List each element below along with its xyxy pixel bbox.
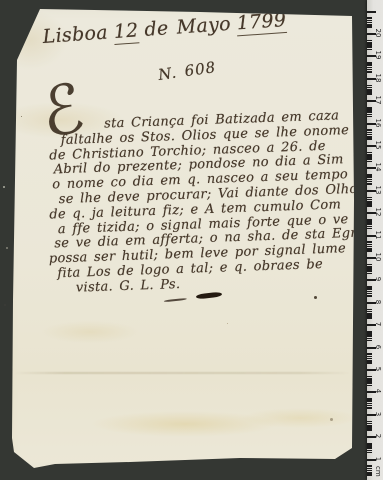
ruler-number-label: 12 xyxy=(373,207,383,217)
ruler-mm-tick xyxy=(367,407,372,409)
ruler-mm-tick xyxy=(367,49,372,51)
ruler-mm-tick xyxy=(367,116,372,118)
ruler-mm-tick xyxy=(367,429,372,431)
ink-spots xyxy=(314,296,317,299)
paper-fold-line xyxy=(14,372,351,374)
ruler-number-label: 15 xyxy=(373,140,383,150)
ruler-number-label: 8 xyxy=(373,297,383,307)
date-line: Lisboa12de Mayo1799 xyxy=(42,9,293,50)
ruler-cm-tick xyxy=(367,11,376,13)
measurement-ruler: 2019181716151413121110987654321cm xyxy=(367,0,383,480)
ruler-mm-tick xyxy=(367,362,372,364)
ruler-mm-tick xyxy=(367,71,372,73)
ruler-number-label: 11 xyxy=(373,230,383,240)
ruler-number-label: 1 xyxy=(373,454,383,464)
ruler-number-label: 10 xyxy=(373,252,383,262)
ruler-number-label: 14 xyxy=(373,162,383,172)
ruler-number-label: 16 xyxy=(373,118,383,128)
ruler-number-label: 13 xyxy=(373,185,383,195)
ruler-mm-tick xyxy=(367,250,372,252)
ruler-number-label: 9 xyxy=(373,274,383,284)
ruler-mm-tick xyxy=(367,26,372,28)
ruler-number-label: 6 xyxy=(373,342,383,352)
ruler-mm-tick xyxy=(367,205,372,207)
date-day: 12 xyxy=(113,19,139,45)
scanned-manuscript-letter: Lisboa12de Mayo1799 N. 608 ℰ sta Criança… xyxy=(0,0,383,480)
scanner-bed-speck xyxy=(3,186,5,188)
ruler-number-label: 17 xyxy=(373,95,383,105)
ruler-mm-tick xyxy=(367,317,372,319)
document-number: N. 608 xyxy=(157,58,217,84)
ruler-number-label: 7 xyxy=(373,319,383,329)
ruler-number-label: 19 xyxy=(373,50,383,60)
ruler-mm-tick xyxy=(367,138,372,140)
ruler-mm-tick xyxy=(367,183,372,185)
ruler-mm-tick xyxy=(367,295,372,297)
ruler-number-label: 5 xyxy=(373,364,383,374)
ruler-mm-tick xyxy=(367,228,372,230)
ruler-number-label: 4 xyxy=(373,386,383,396)
ruler-unit-label: cm xyxy=(373,466,383,476)
ruler-mm-tick xyxy=(367,161,372,163)
date-year: 1799 xyxy=(236,9,287,36)
ruler-number-label: 3 xyxy=(373,409,383,419)
letter-paper: Lisboa12de Mayo1799 N. 608 ℰ sta Criança… xyxy=(0,0,383,480)
ruler-mm-tick xyxy=(367,474,372,476)
ruler-mm-tick xyxy=(367,340,372,342)
ruler-mm-tick xyxy=(367,273,372,275)
ruler-mm-tick xyxy=(367,452,372,454)
ruler-mm-tick xyxy=(367,385,372,387)
date-middle: de Mayo xyxy=(144,13,232,41)
ruler-number-label: 2 xyxy=(373,431,383,441)
ruler-mm-tick xyxy=(367,93,372,95)
letter-body: sta Criança foi Batizada em cazafaltalhe… xyxy=(34,109,362,298)
ruler-number-label: 20 xyxy=(373,28,383,38)
ink-flourish xyxy=(196,292,222,300)
ruler-number-label: 18 xyxy=(373,73,383,83)
date-place: Lisboa xyxy=(42,21,109,47)
